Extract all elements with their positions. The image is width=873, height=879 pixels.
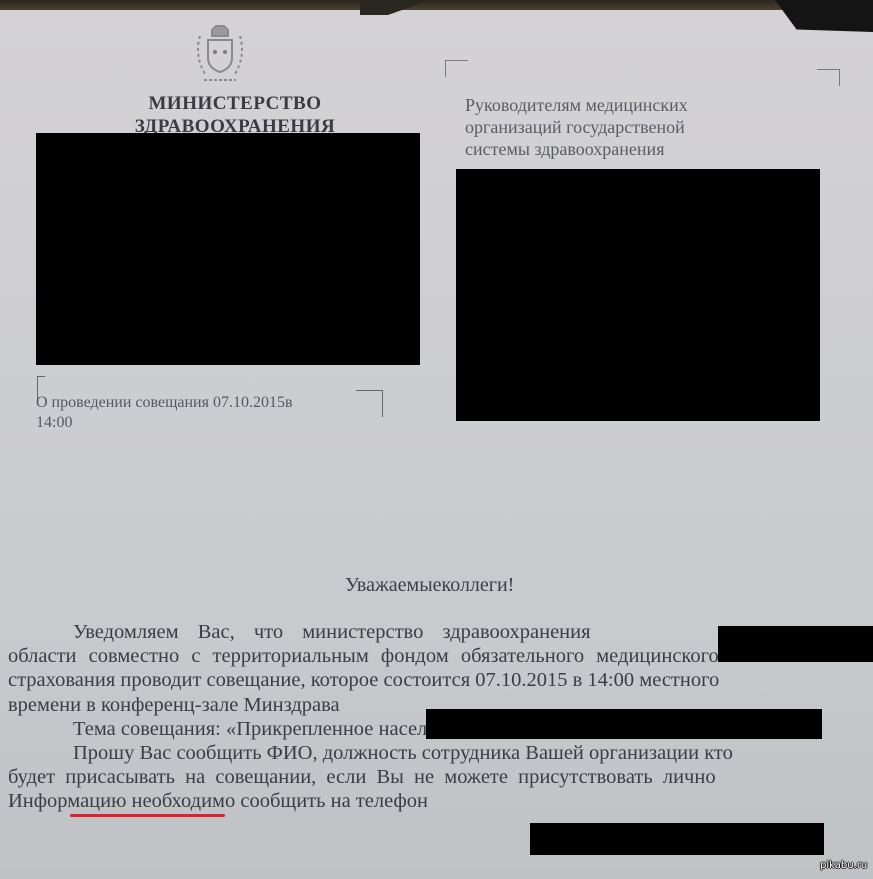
watermark: pikabu.ru: [820, 860, 867, 871]
subject-line: 14:00: [36, 413, 396, 433]
paper-corner-shadow: [775, 0, 873, 32]
body-text: Уведомляем Вас, что министерство здравоо…: [73, 621, 591, 643]
body-text: Прошу Вас сообщить ФИО, должность сотруд…: [73, 742, 733, 764]
redaction-block: [36, 133, 420, 365]
body-text: на совещании, если Вы не можете присутст…: [175, 766, 716, 788]
body-text: Тема совещания: «Прикрепленное население…: [73, 718, 483, 740]
greeting: Уважаемыеколлеги!: [345, 574, 514, 597]
body-text: страхования проводит совещание, которое …: [8, 669, 719, 691]
addressee-line: организаций государственой: [465, 116, 775, 138]
body-text: области совместно с территориальным фонд…: [8, 645, 719, 667]
addressee-block: Руководителям медицинских организаций го…: [465, 94, 775, 160]
addressee-line: системы здравоохранения: [465, 138, 775, 160]
redaction-block: [456, 169, 820, 421]
addressee-line: Руководителям медицинских: [465, 94, 775, 116]
body-line: страхования проводит совещание, которое …: [8, 668, 873, 692]
body-text: будет: [8, 766, 65, 788]
highlighted-word: присасывать: [65, 766, 175, 788]
redaction-block: [530, 823, 824, 855]
address-corner-mark: [817, 69, 840, 86]
subject-block: О проведении совещания 07.10.2015в 14:00: [36, 393, 396, 433]
body-line: будет присасывать на совещании, если Вы …: [8, 765, 873, 789]
body-text: времени в конференц-зале Минздрава: [8, 694, 340, 716]
background-edge: [0, 0, 873, 10]
ministry-line-1: МИНИСТЕРСТВО: [90, 92, 380, 115]
coat-of-arms-icon: [190, 22, 250, 84]
redaction-block: [718, 626, 873, 662]
body-line: Информацию необходимо сообщить на телефо…: [8, 789, 873, 813]
red-underline-mark: [70, 814, 225, 817]
address-corner-mark: [445, 60, 468, 77]
ministry-name: МИНИСТЕРСТВО ЗДРАВООХРАНЕНИЯ: [90, 92, 380, 138]
body-line: Уведомляем Вас, что министерство здравоо…: [8, 620, 713, 644]
body-line: Прошу Вас сообщить ФИО, должность сотруд…: [8, 741, 873, 765]
subject-line: О проведении совещания 07.10.2015в: [36, 393, 396, 413]
document-page: МИНИСТЕРСТВО ЗДРАВООХРАНЕНИЯ Руководител…: [0, 0, 873, 879]
body-text: Информацию необходимо сообщить на телефо…: [8, 790, 428, 812]
redaction-block: [426, 709, 822, 739]
